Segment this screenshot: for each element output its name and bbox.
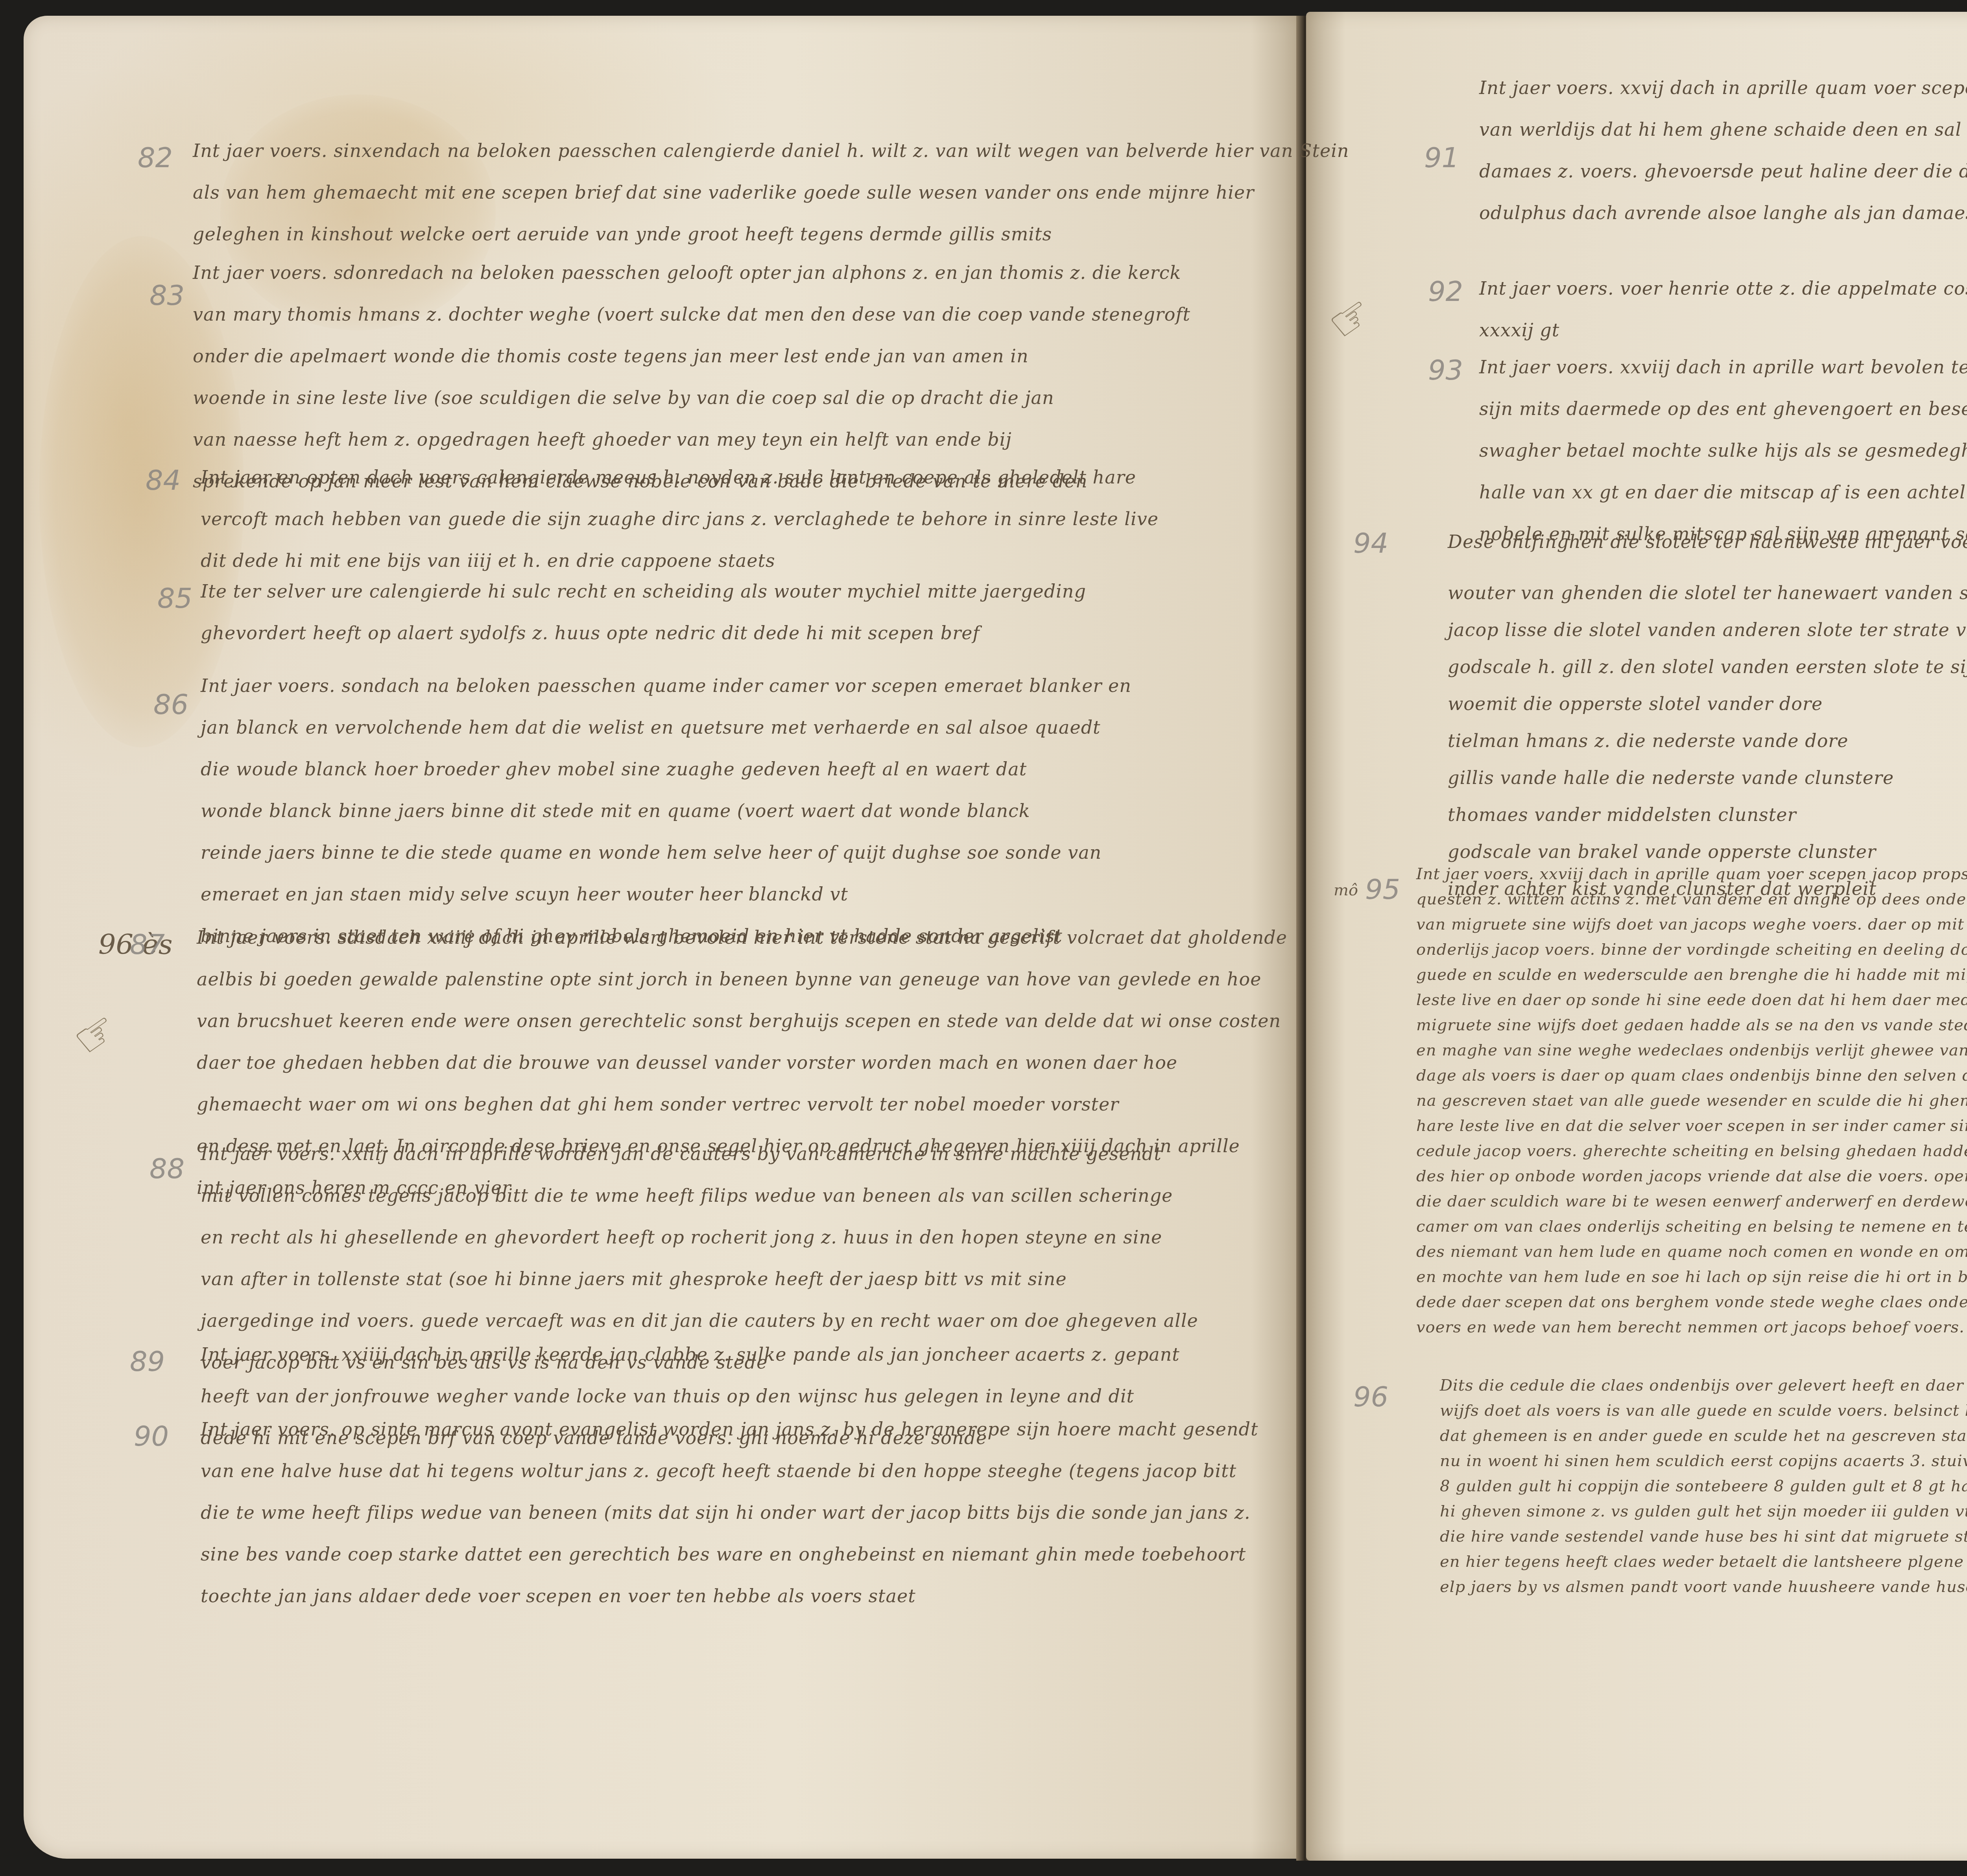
entry-line: swagher betael mochte sulke hijs als se … — [1479, 430, 1967, 471]
entry-line: dat ghemeen is en ander guede en sculde … — [1440, 1423, 1967, 1448]
entry-line: godscale h. gill z. den slotel vanden ee… — [1448, 648, 1967, 685]
entry-line: wonde blanck binne jaers binne dit stede… — [201, 790, 1131, 832]
entry-line: hi gheven simone z. vs gulden gult het s… — [1440, 1499, 1967, 1524]
entry-line: nu in woent hi sinen hem sculdich eerst … — [1440, 1448, 1967, 1474]
entry-line: Int jaer voers. sdisdach xxiiij dach in … — [197, 917, 1287, 958]
entry-94: Dese ontfinghen die slotele ter haentwes… — [1448, 523, 1967, 907]
entry-line: sijn mits daermede op des ent ghevengoer… — [1479, 388, 1967, 430]
entry-number: 94 — [1353, 527, 1388, 559]
entry-number: 89 — [130, 1345, 165, 1378]
entry-line: guede en sculde en wedersculde aen breng… — [1416, 962, 1967, 987]
entry-91: Int jaer voers. xxvij dach in aprille qu… — [1479, 67, 1967, 234]
entry-line: Int jaer en opten dach voers calengierde… — [201, 456, 1159, 498]
entry-line: questen z. wittem actins z. met van deme… — [1416, 887, 1967, 912]
entry-line: 8 gulden gult hi coppijn die sontebeere … — [1440, 1474, 1967, 1499]
entry-line: die woude blanck hoer broeder ghev mobel… — [201, 748, 1131, 790]
entry-number: 82 — [138, 142, 173, 174]
entry-line: xxxxij gt — [1479, 309, 1967, 351]
entry-line: van brucshuet keeren ende were onsen ger… — [197, 1000, 1287, 1042]
entry-line: ghemaecht waer om wi ons beghen dat ghi … — [197, 1083, 1287, 1125]
entry-number: 87 — [130, 928, 165, 961]
entry-number: 83 — [149, 279, 185, 312]
entry-line: die hire vande sestendel vande huse bes … — [1440, 1524, 1967, 1549]
entry-line: aelbis bi goeden gewalde palenstine opte… — [197, 958, 1287, 1000]
entry-line: dede daer scepen dat ons berghem vonde s… — [1416, 1289, 1967, 1315]
entry-line: woemit die opperste slotel vander dore — [1448, 685, 1967, 722]
entry-line: emeraet en jan staen midy selve scuyn he… — [201, 873, 1131, 915]
entry-line: vercoft mach hebben van guede die sijn z… — [201, 498, 1159, 540]
entry-line: leste live en daer op sonde hi sine eede… — [1416, 987, 1967, 1013]
marginal-annotation: mô — [1334, 881, 1358, 899]
entry-line: als van hem ghemaecht mit ene scepen bri… — [193, 172, 1349, 213]
entry-line: Int jaer voers. xxviij dach in aprille q… — [1416, 861, 1967, 887]
entry-95: Int jaer voers. xxviij dach in aprille q… — [1416, 861, 1967, 1340]
entry-line: Int jaer voers. xxviij dach in aprille w… — [1479, 346, 1967, 388]
manuscript-spread: Anno iiii° 8. 82 Int jaer voers. sinxend… — [0, 0, 1967, 1876]
entry-line: des hier op onbode worden jacops vriende… — [1416, 1164, 1967, 1189]
entry-line: Dese ontfinghen die slotele ter haentwes… — [1448, 523, 1967, 574]
entry-number: 92 — [1428, 275, 1463, 308]
entry-line: onder die apelmaert wonde die thomis cos… — [193, 335, 1190, 377]
entry-85: Ite ter selver ure calengierde hi sulc r… — [201, 570, 1086, 654]
entry-86: Int jaer voers. sondach na beloken paess… — [201, 665, 1131, 957]
entry-82: Int jaer voers. sinxendach na beloken pa… — [193, 130, 1349, 255]
entry-number: 88 — [149, 1153, 185, 1185]
entry-line: woende in sine leste live (soe sculdigen… — [193, 377, 1190, 419]
entry-line: cedule jacop voers. gherechte scheiting … — [1416, 1138, 1967, 1164]
entry-line: Int jaer voers. voer henrie otte z. die … — [1479, 267, 1967, 309]
entry-line: jan blanck en vervolchende hem dat die w… — [201, 706, 1131, 748]
entry-line: van werldijs dat hi hem ghene schaide de… — [1479, 109, 1967, 150]
entry-line: wijfs doet als voers is van alle guede e… — [1440, 1398, 1967, 1423]
entry-number: 86 — [153, 688, 188, 721]
entry-line: elp jaers by vs alsmen pandt voort vande… — [1440, 1574, 1967, 1599]
entry-number: 91 — [1424, 142, 1459, 174]
entry-line: Int jaer voers. xxiiij dach in aprille k… — [201, 1334, 1180, 1375]
entry-line: des niemant van hem lude en quame noch c… — [1416, 1239, 1967, 1264]
entry-line: jacop lisse die slotel vanden anderen sl… — [1448, 611, 1967, 648]
entry-line: na gescreven staet van alle guede wesend… — [1416, 1088, 1967, 1113]
entry-line: van ene halve huse dat hi tegens woltur … — [201, 1450, 1258, 1492]
entry-line: dage als voers is daer op quam claes ond… — [1416, 1063, 1967, 1088]
entry-line: toechte jan jans aldaer dede voer scepen… — [201, 1575, 1258, 1617]
entry-line: halle van xx gt en daer die mitscap af i… — [1479, 471, 1967, 513]
entry-number: 85 — [157, 582, 192, 614]
entry-line: onderlijs jacop voers. binne der vording… — [1416, 937, 1967, 962]
entry-line: van after in tollenste stat (soe hi binn… — [201, 1258, 1198, 1300]
entry-line: die daer sculdich ware bi te wesen eenwe… — [1416, 1189, 1967, 1214]
entry-line: ghevordert heeft op alaert sydolfs z. hu… — [201, 612, 1086, 654]
entry-line: Int jaer voers. sinxendach na beloken pa… — [193, 130, 1349, 172]
entry-line: Int jaer voers. sondach na beloken paess… — [201, 665, 1131, 706]
entry-line: Int jaer voers. xxvij dach in aprille qu… — [1479, 67, 1967, 109]
entry-96: Dits die cedule die claes ondenbijs over… — [1440, 1373, 1967, 1599]
entry-line: damaes z. voers. ghevoersde peut haline … — [1479, 150, 1967, 192]
entry-number: 90 — [134, 1420, 169, 1452]
entry-line: Int jaer voers. xxiiij dach in aprille w… — [201, 1133, 1198, 1175]
entry-line: mit vollen comes tegens jacop bitt die t… — [201, 1175, 1198, 1216]
entry-line: Int jaer voers. op sinte marcus avont ev… — [201, 1408, 1258, 1450]
entry-line: en mochte van hem lude en soe hi lach op… — [1416, 1264, 1967, 1289]
entry-90: Int jaer voers. op sinte marcus avont ev… — [201, 1408, 1258, 1617]
entry-line: en maghe van sine weghe wedeclaes ondenb… — [1416, 1038, 1967, 1063]
entry-line: Dits die cedule die claes ondenbijs over… — [1440, 1373, 1967, 1398]
entry-line: van migruete sine wijfs doet van jacops … — [1416, 912, 1967, 937]
entry-line: gillis vande halle die nederste vande cl… — [1448, 759, 1967, 796]
entry-line: reinde jaers binne te die stede quame en… — [201, 832, 1131, 873]
entry-line: thomaes vander middelsten clunster — [1448, 796, 1967, 833]
entry-line: hare leste live en dat die selver voer s… — [1416, 1113, 1967, 1138]
entry-number: 93 — [1428, 354, 1463, 386]
entry-line: Ite ter selver ure calengierde hi sulc r… — [201, 570, 1086, 612]
entry-number: 84 — [146, 464, 181, 496]
entry-line: van naesse heft hem z. opgedragen heeft … — [193, 419, 1190, 460]
entry-line: wouter van ghenden die slotel ter hanewa… — [1448, 574, 1967, 611]
entry-line: geleghen in kinshout welcke oert aeruide… — [193, 213, 1349, 255]
entry-84: Int jaer en opten dach voers calengierde… — [201, 456, 1159, 581]
entry-number: 96 — [1353, 1381, 1388, 1413]
entry-line: odulphus dach avrende alsoe langhe als j… — [1479, 192, 1967, 234]
entry-line: daer toe ghedaen hebben dat die brouwe v… — [197, 1042, 1287, 1083]
entry-line: migruete sine wijfs doet gedaen hadde al… — [1416, 1013, 1967, 1038]
entry-line: sine bes vande coep starke dattet een ge… — [201, 1533, 1258, 1575]
entry-line: die te wme heeft filips wedue van beneen… — [201, 1492, 1258, 1533]
entry-line: van mary thomis hmans z. dochter weghe (… — [193, 293, 1190, 335]
entry-92: Int jaer voers. voer henrie otte z. die … — [1479, 267, 1967, 351]
entry-line: en recht als hi ghesellende en ghevorder… — [201, 1216, 1198, 1258]
entry-number: 95 — [1365, 873, 1400, 906]
entry-line: Int jaer voers. sdonredach na beloken pa… — [193, 252, 1190, 293]
entry-line: camer om van claes onderlijs scheiting e… — [1416, 1214, 1967, 1239]
entry-line: voers en wede van hem berecht nemmen ort… — [1416, 1315, 1967, 1340]
entry-line: tielman hmans z. die nederste vande dore — [1448, 722, 1967, 759]
entry-line: en hier tegens heeft claes weder betaelt… — [1440, 1549, 1967, 1574]
